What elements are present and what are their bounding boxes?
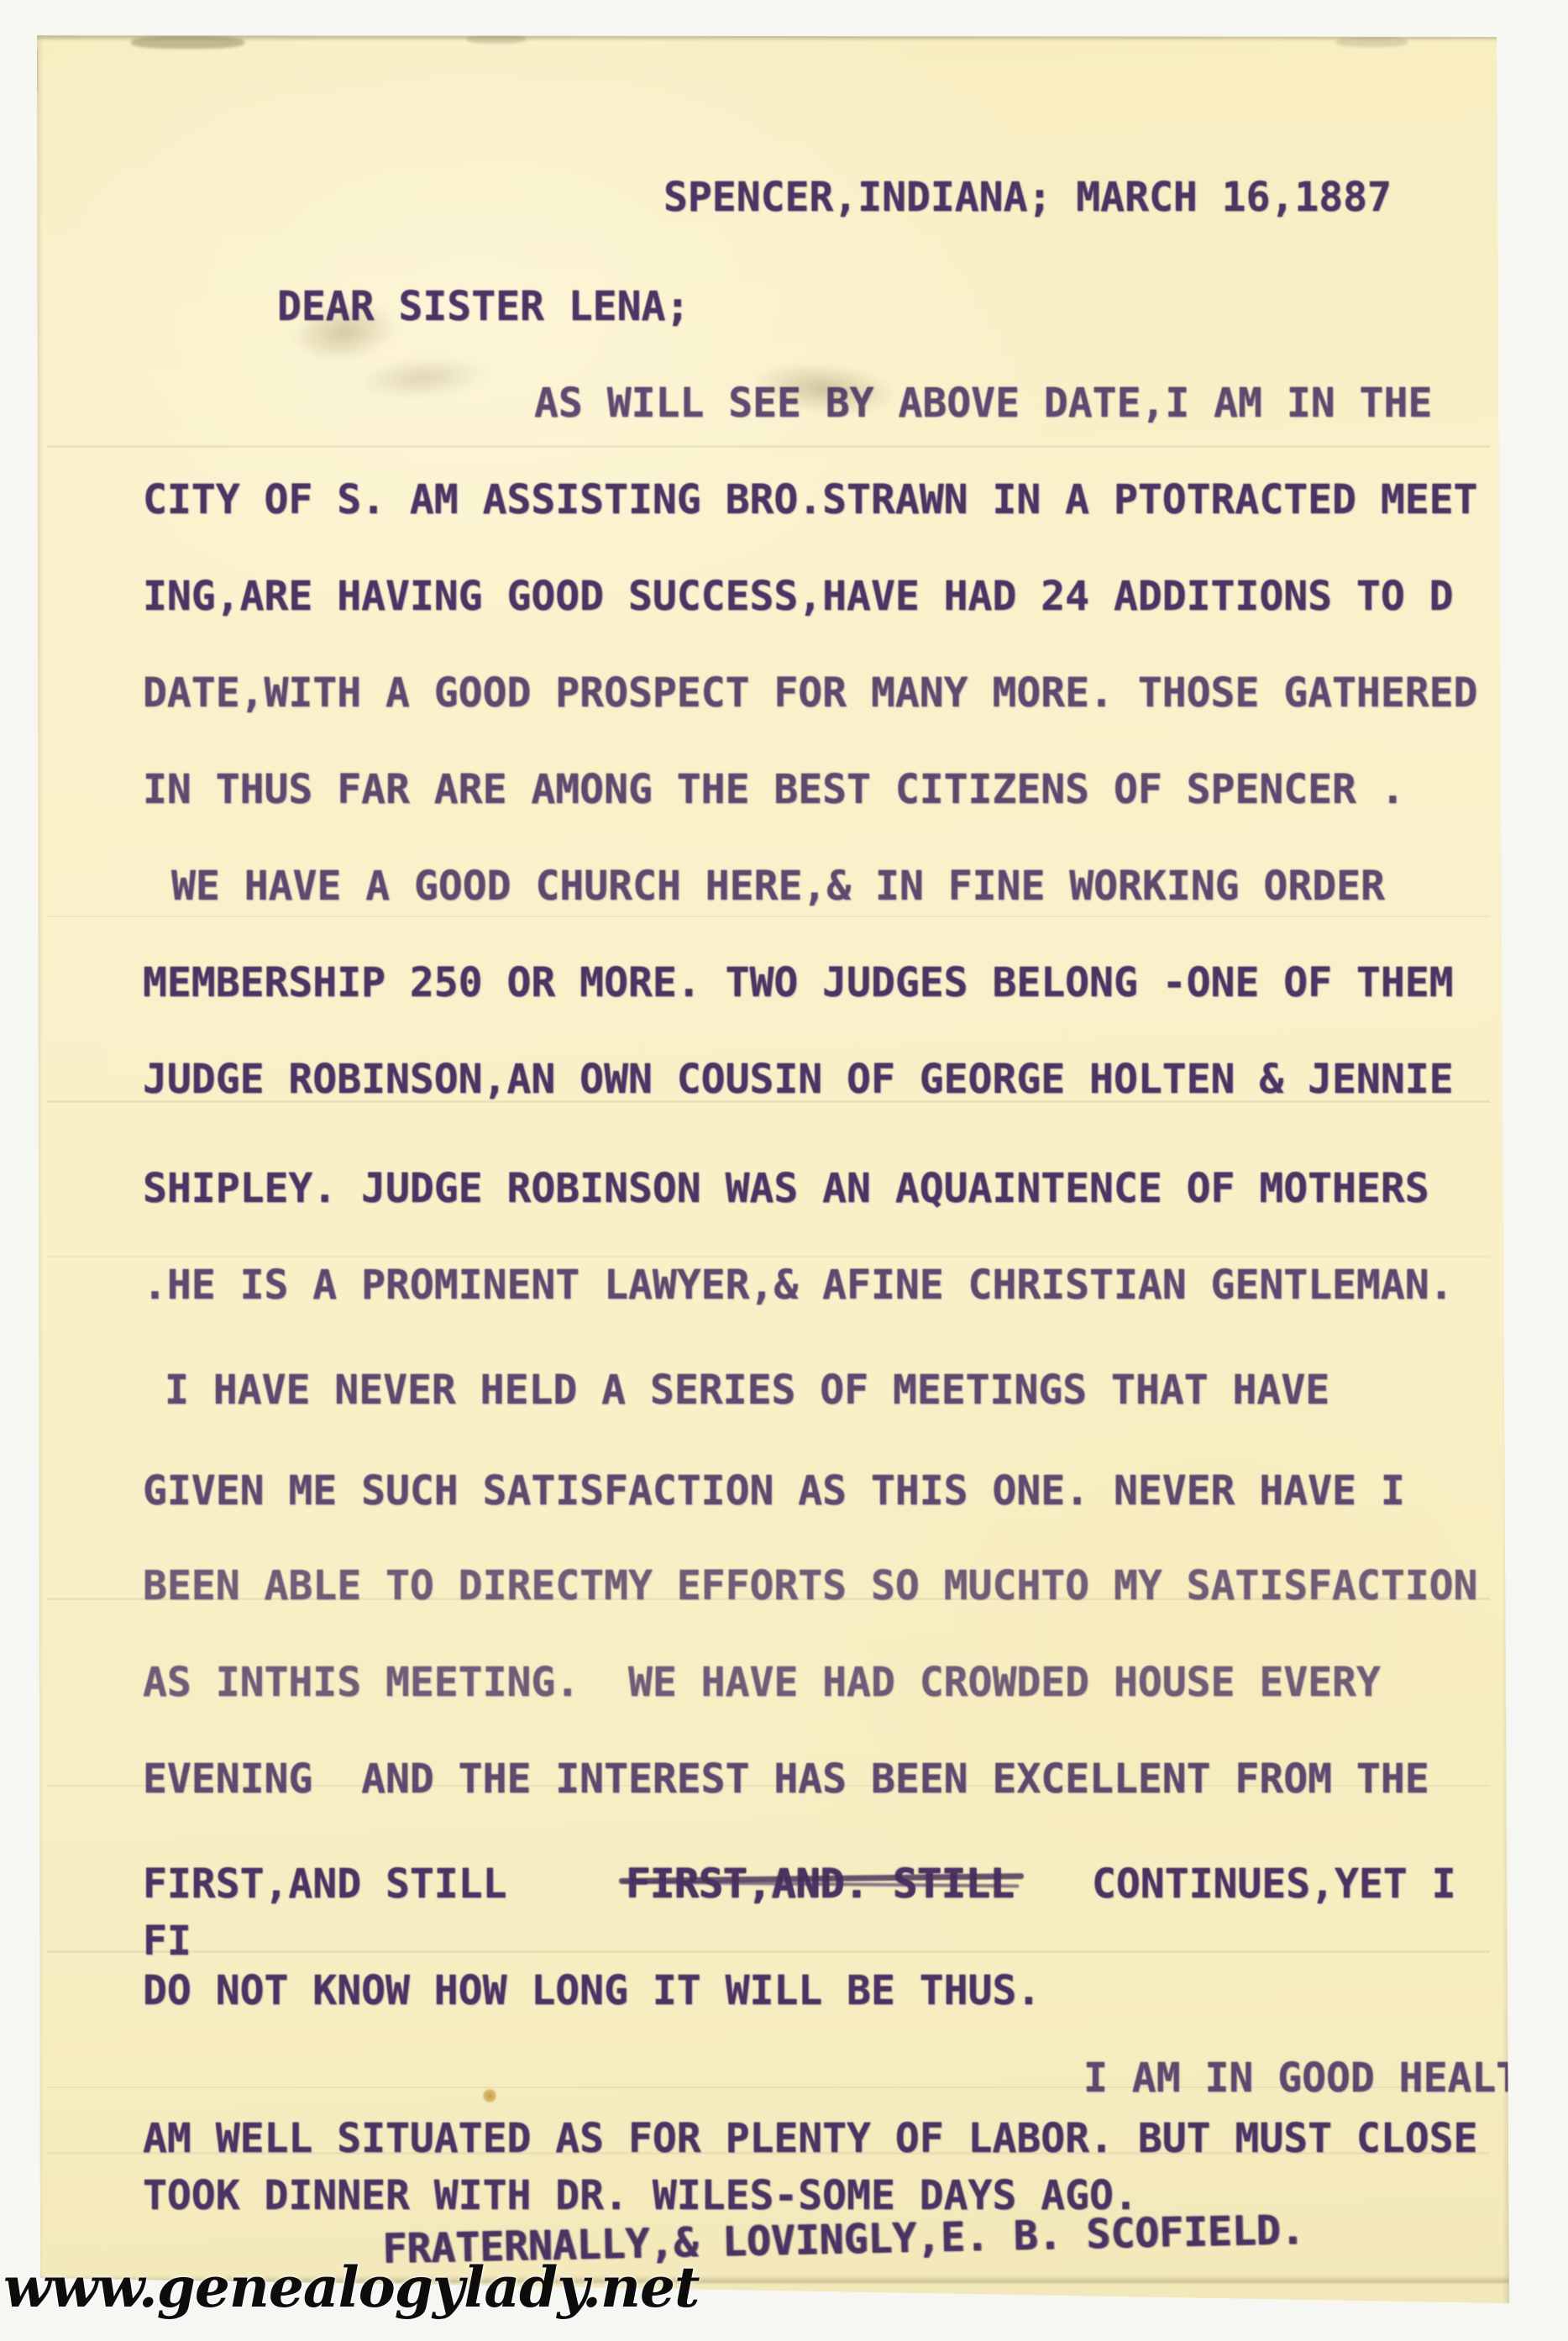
scan-streak (47, 916, 1490, 917)
letter-paper-sheet: SPENCER,INDIANA; MARCH 16,1887 DEAR SIST… (30, 34, 1513, 2307)
date-line: SPENCER,INDIANA; MARCH 16,1887 (663, 174, 1392, 218)
ink-mark-left-edge (30, 49, 37, 92)
letter-line: CITY OF S. AM ASSISTING BRO.STRAWN IN A … (143, 476, 1477, 520)
top-edge-smudge (131, 36, 244, 49)
paper-stain (483, 2088, 496, 2103)
watermark-text: www.genealogylady.net (3, 2254, 699, 2320)
letter-line: AS INTHIS MEETING. WE HAVE HAD CROWDED H… (143, 1659, 1381, 1703)
letter-line: WE HAVE A GOOD CHURCH HERE,& IN FINE WOR… (171, 863, 1385, 906)
top-edge-smudge (1336, 37, 1408, 47)
letter-line: DATE,WITH A GOOD PROSPECT FOR MANY MORE.… (143, 669, 1477, 713)
letter-line: AM WELL SITUATED AS FOR PLENTY OF LABOR.… (143, 2115, 1477, 2159)
letter-line: .HE IS A PROMINENT LAWYER,& AFINE CHRIST… (143, 1262, 1454, 1305)
letter-line: FI (143, 1918, 191, 1961)
pencil-smudge (355, 353, 488, 404)
letter-line: JUDGE ROBINSON,AN OWN COUSIN OF GEORGE H… (143, 1056, 1454, 1100)
scan-streak (47, 445, 1490, 448)
line-segment: CONTINUES,YET I (1092, 1861, 1455, 1908)
letter-line: EVENING AND THE INTEREST HAS BEEN EXCELL… (143, 1756, 1429, 1799)
letter-line: AS WILL SEE BY ABOVE DATE,I AM IN THE (534, 380, 1432, 423)
top-edge-smudge (467, 34, 526, 44)
letter-line: ING,ARE HAVING GOOD SUCCESS,HAVE HAD 24 … (143, 573, 1454, 617)
letter-line: I HAVE NEVER HELD A SERIES OF MEETINGS T… (165, 1367, 1329, 1410)
letter-line: MEMBERSHIP 250 OR MORE. TWO JUDGES BELON… (143, 959, 1454, 1003)
letter-line: GIVEN ME SUCH SATISFACTION AS THIS ONE. … (143, 1467, 1405, 1511)
letter-line: SHIPLEY. JUDGE ROBINSON WAS AN AQUAINTEN… (143, 1165, 1429, 1209)
letter-line: DO NOT KNOW HOW LONG IT WILL BE THUS. (143, 1967, 1041, 2011)
letter-line: TOOK DINNER WITH DR. WILES-SOME DAYS AGO… (143, 2172, 1138, 2216)
scan-streak (47, 1950, 1490, 1953)
struck-out-text: FIRST,AND. STILL (626, 1861, 1014, 1908)
letter-line: BEEN ABLE TO DIRECTMY EFFORTS SO MUCHTO … (143, 1562, 1477, 1606)
paper-edge-shade (37, 35, 1498, 41)
paper-edge-shade (35, 34, 43, 2307)
letter-line-with-strikethrough: FIRST,AND STILL FIRST,AND. STILL CONTINU… (143, 1861, 1453, 1904)
salutation: DEAR SISTER LENA; (277, 283, 690, 327)
line-segment: FIRST,AND STILL (143, 1861, 506, 1908)
paper-edge-shade (1502, 34, 1512, 2307)
scan-streak (47, 1256, 1490, 1257)
letter-line: I AM IN GOOD HEALT (1083, 2055, 1520, 2098)
letter-line: IN THUS FAR ARE AMONG THE BEST CITIZENS … (143, 766, 1405, 810)
